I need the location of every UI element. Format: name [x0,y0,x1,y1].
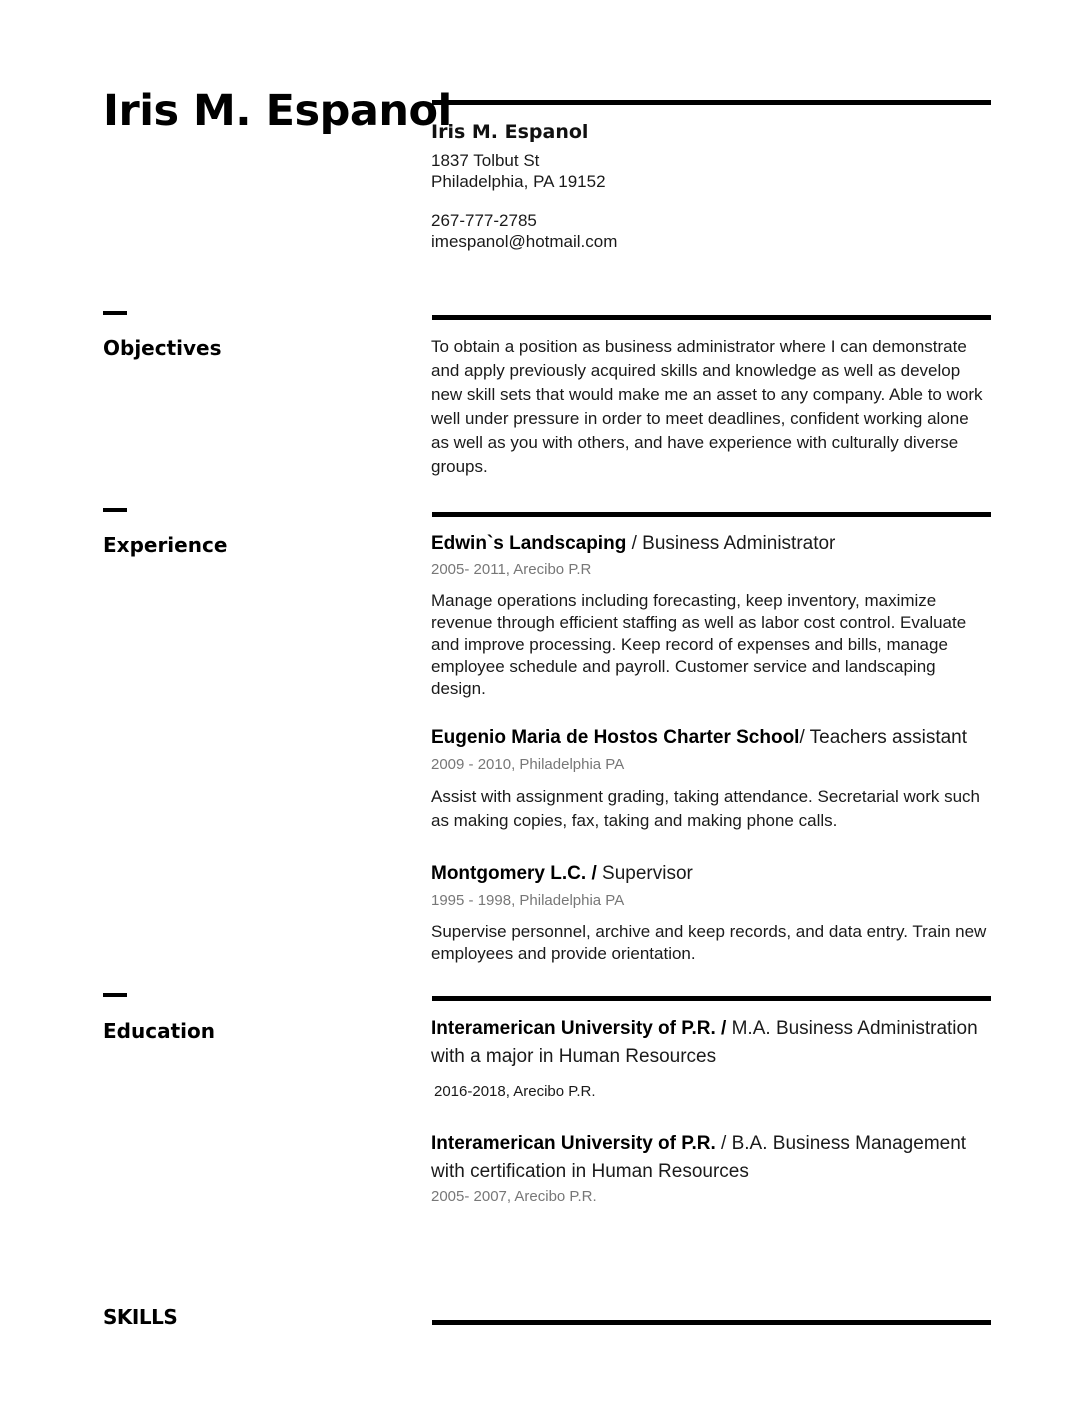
section-title-skills: SKILLS [103,1305,177,1329]
job-role: Teachers assistant [810,727,967,748]
job-heading: Eugenio Maria de Hostos Charter School/ … [431,724,991,752]
contact-name: Iris M. Espanol [431,121,588,143]
address-line-1: 1837 Tolbut St [431,150,539,171]
objectives-text: To obtain a position as business adminis… [431,335,991,479]
job-description: Supervise personnel, archive and keep re… [431,921,991,965]
header-divider [432,100,991,105]
job-employer: Eugenio Maria de Hostos Charter School [431,727,799,748]
job-separator: / [799,727,809,748]
education-divider [432,996,991,1001]
job-meta: 2009 - 2010, Philadelphia PA [431,756,624,773]
job-role: Supervisor [602,863,693,884]
section-title-education: Education [103,1019,215,1043]
job-heading: Montgomery L.C. / Supervisor [431,860,991,888]
education-meta: 2016-2018, Arecibo P.R. [434,1083,596,1100]
job-employer: Edwin`s Landscaping [431,533,632,554]
education-meta: 2005- 2007, Arecibo P.R. [431,1188,597,1205]
section-title-objectives: Objectives [103,336,222,360]
education-heading: Interamerican University of P.R. / B.A. … [431,1130,991,1186]
job-role: Business Administrator [642,533,835,554]
job-description: Manage operations including forecasting,… [431,590,991,700]
resume-name-heading: Iris M. Espanol [103,86,452,136]
section-title-experience: Experience [103,533,227,557]
school-name: Interamerican University of P.R. / [431,1018,726,1039]
experience-divider [432,512,991,517]
job-employer: Montgomery L.C. / [431,863,597,884]
section-dash [103,311,127,315]
skills-divider [432,1320,991,1325]
school-name: Interamerican University of P.R. [431,1133,716,1154]
job-separator: / [632,533,643,554]
section-dash [103,993,127,997]
job-meta: 1995 - 1998, Philadelphia PA [431,892,624,909]
section-dash [103,508,127,512]
education-heading: Interamerican University of P.R. / M.A. … [431,1015,991,1071]
job-description: Assist with assignment grading, taking a… [431,785,991,833]
address-line-2: Philadelphia, PA 19152 [431,171,606,192]
email[interactable]: imespanol@hotmail.com [431,231,617,252]
job-heading: Edwin`s Landscaping / Business Administr… [431,530,991,558]
objectives-divider [432,315,991,320]
phone: 267-777-2785 [431,210,537,231]
job-meta: 2005- 2011, Arecibo P.R [431,561,591,578]
